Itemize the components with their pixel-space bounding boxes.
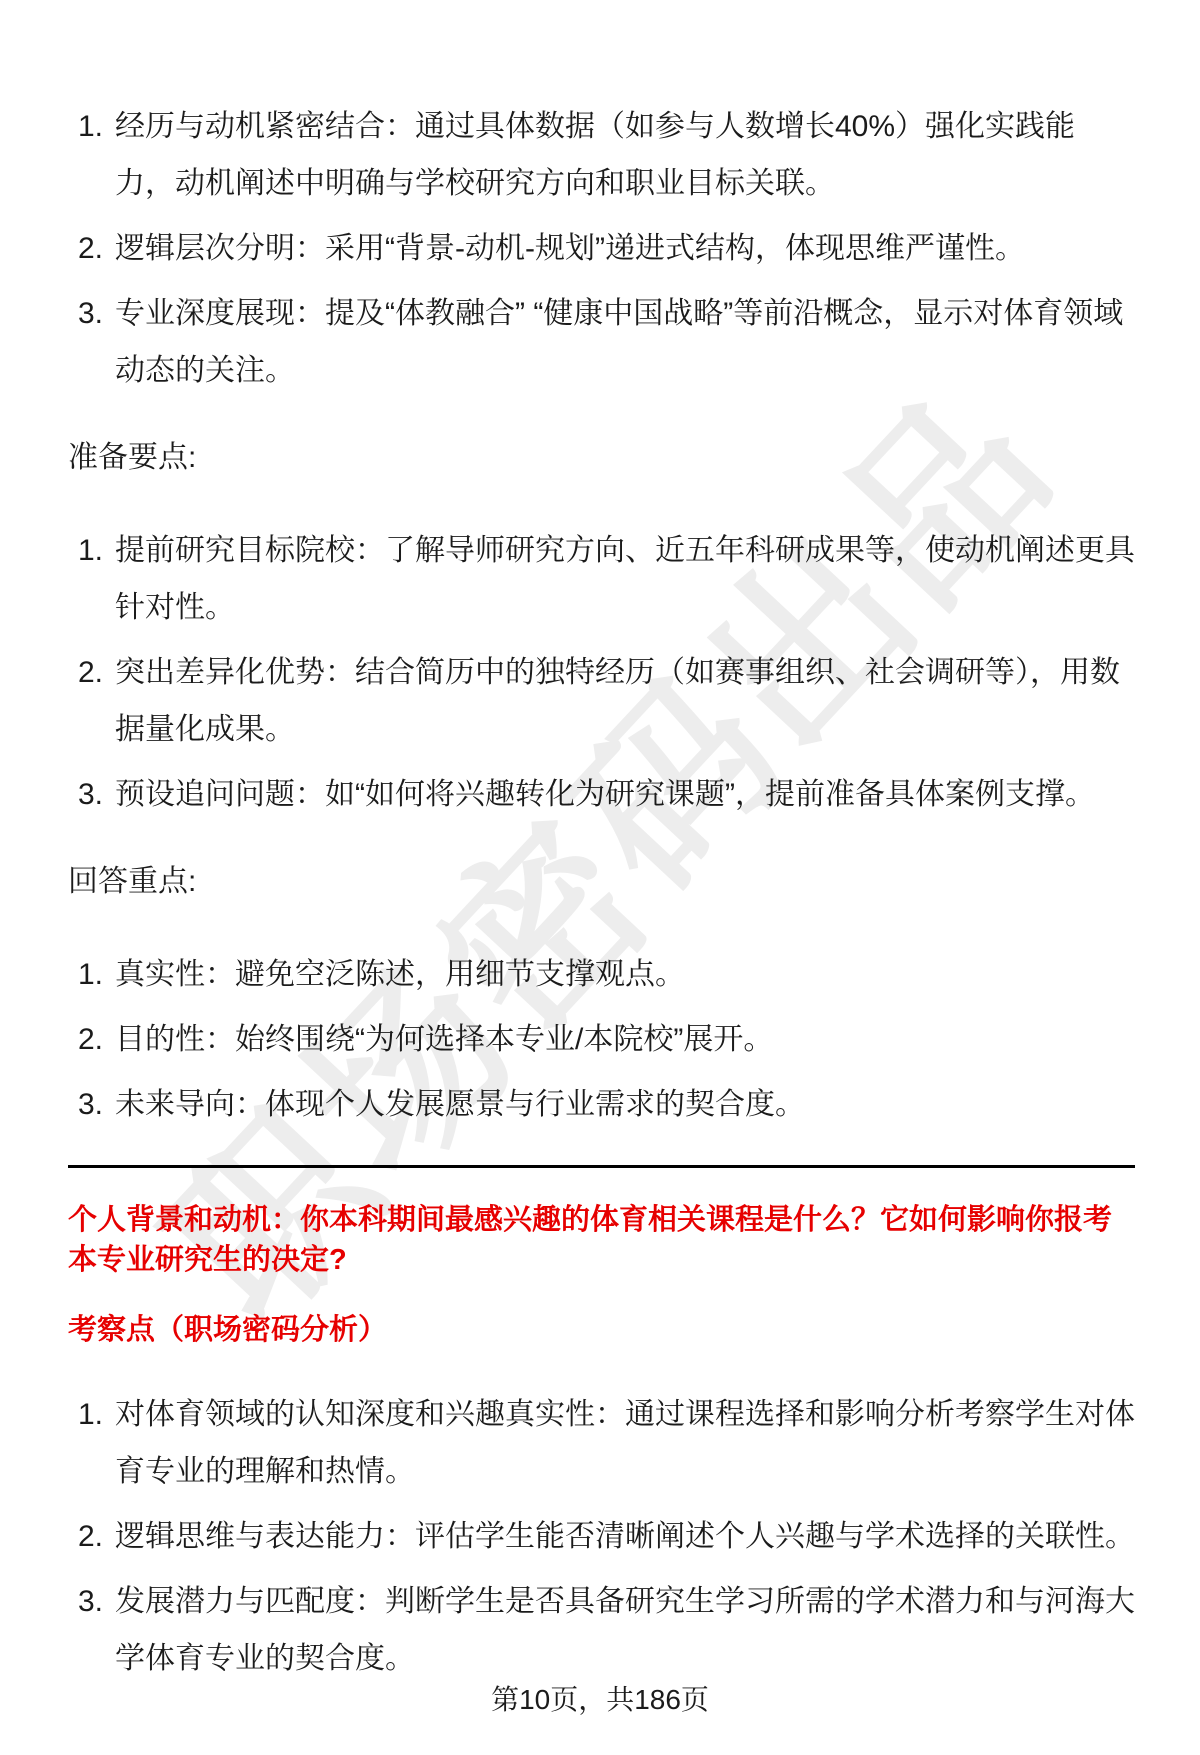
- list-item-number: 2.: [78, 1508, 115, 1565]
- list-item: 1. 真实性：避免空泛陈述，用细节支撑观点。: [68, 946, 1135, 1003]
- list-item: 3. 发展潜力与匹配度：判断学生是否具备研究生学习所需的学术潜力和与河海大学体育…: [68, 1573, 1135, 1687]
- list-item-text: 专业深度展现：提及“体教融合” “健康中国战略”等前沿概念，显示对体育领域动态的…: [115, 285, 1135, 399]
- answer-focus-list: 1. 真实性：避免空泛陈述，用细节支撑观点。 2. 目的性：始终围绕“为何选择本…: [68, 946, 1135, 1133]
- list-item-number: 1.: [78, 1386, 115, 1500]
- section-heading-preparation: 准备要点:: [68, 429, 1135, 486]
- list-item: 3. 预设追问问题：如“如何将兴趣转化为研究课题”，提前准备具体案例支撑。: [68, 766, 1135, 823]
- page-content: 1. 经历与动机紧密结合：通过具体数据（如参与人数增长40%）强化实践能力，动机…: [68, 90, 1135, 1695]
- page-indicator: 第10页，共186页: [0, 1680, 1200, 1720]
- list-item-text: 突出差异化优势：结合简历中的独特经历（如赛事组织、社会调研等），用数据量化成果。: [115, 644, 1135, 758]
- list-item-text: 提前研究目标院校：了解导师研究方向、近五年科研成果等，使动机阐述更具针对性。: [115, 522, 1135, 636]
- list-item-number: 3.: [78, 1076, 115, 1133]
- list-item: 1. 提前研究目标院校：了解导师研究方向、近五年科研成果等，使动机阐述更具针对性…: [68, 522, 1135, 636]
- list-item-number: 3.: [78, 766, 115, 823]
- list-item: 2. 目的性：始终围绕“为何选择本专业/本院校”展开。: [68, 1011, 1135, 1068]
- list-item: 1. 经历与动机紧密结合：通过具体数据（如参与人数增长40%）强化实践能力，动机…: [68, 98, 1135, 212]
- list-item: 2. 突出差异化优势：结合简历中的独特经历（如赛事组织、社会调研等），用数据量化…: [68, 644, 1135, 758]
- preparation-list: 1. 提前研究目标院校：了解导师研究方向、近五年科研成果等，使动机阐述更具针对性…: [68, 522, 1135, 823]
- list-item-number: 3.: [78, 1573, 115, 1687]
- document-page: 职场密码出品 1. 经历与动机紧密结合：通过具体数据（如参与人数增长40%）强化…: [0, 0, 1200, 1755]
- list-item: 2. 逻辑思维与表达能力：评估学生能否清晰阐述个人兴趣与学术选择的关联性。: [68, 1508, 1135, 1565]
- list-item-number: 3.: [78, 285, 115, 399]
- highlights-list: 1. 经历与动机紧密结合：通过具体数据（如参与人数增长40%）强化实践能力，动机…: [68, 98, 1135, 399]
- list-item-text: 未来导向：体现个人发展愿景与行业需求的契合度。: [115, 1076, 1135, 1133]
- list-item-text: 预设追问问题：如“如何将兴趣转化为研究课题”，提前准备具体案例支撑。: [115, 766, 1135, 823]
- question-analysis-heading: 考察点（职场密码分析）: [68, 1310, 1135, 1350]
- list-item-number: 2.: [78, 1011, 115, 1068]
- list-item-text: 逻辑层次分明：采用“背景-动机-规划”递进式结构，体现思维严谨性。: [115, 220, 1135, 277]
- list-item: 1. 对体育领域的认知深度和兴趣真实性：通过课程选择和影响分析考察学生对体育专业…: [68, 1386, 1135, 1500]
- list-item: 3. 未来导向：体现个人发展愿景与行业需求的契合度。: [68, 1076, 1135, 1133]
- list-item-text: 经历与动机紧密结合：通过具体数据（如参与人数增长40%）强化实践能力，动机阐述中…: [115, 98, 1135, 212]
- section-heading-answer-focus: 回答重点:: [68, 853, 1135, 910]
- list-item-number: 2.: [78, 220, 115, 277]
- list-item-text: 目的性：始终围绕“为何选择本专业/本院校”展开。: [115, 1011, 1135, 1068]
- list-item-text: 发展潜力与匹配度：判断学生是否具备研究生学习所需的学术潜力和与河海大学体育专业的…: [115, 1573, 1135, 1687]
- question-title: 个人背景和动机：你本科期间最感兴趣的体育相关课程是什么？它如何影响你报考本专业研…: [68, 1200, 1135, 1280]
- section-divider: [68, 1165, 1135, 1168]
- list-item-text: 对体育领域的认知深度和兴趣真实性：通过课程选择和影响分析考察学生对体育专业的理解…: [115, 1386, 1135, 1500]
- list-item-number: 1.: [78, 522, 115, 636]
- list-item: 2. 逻辑层次分明：采用“背景-动机-规划”递进式结构，体现思维严谨性。: [68, 220, 1135, 277]
- list-item-number: 2.: [78, 644, 115, 758]
- list-item: 3. 专业深度展现：提及“体教融合” “健康中国战略”等前沿概念，显示对体育领域…: [68, 285, 1135, 399]
- list-item-number: 1.: [78, 946, 115, 1003]
- exam-points-list: 1. 对体育领域的认知深度和兴趣真实性：通过课程选择和影响分析考察学生对体育专业…: [68, 1386, 1135, 1687]
- list-item-number: 1.: [78, 98, 115, 212]
- list-item-text: 逻辑思维与表达能力：评估学生能否清晰阐述个人兴趣与学术选择的关联性。: [115, 1508, 1135, 1565]
- list-item-text: 真实性：避免空泛陈述，用细节支撑观点。: [115, 946, 1135, 1003]
